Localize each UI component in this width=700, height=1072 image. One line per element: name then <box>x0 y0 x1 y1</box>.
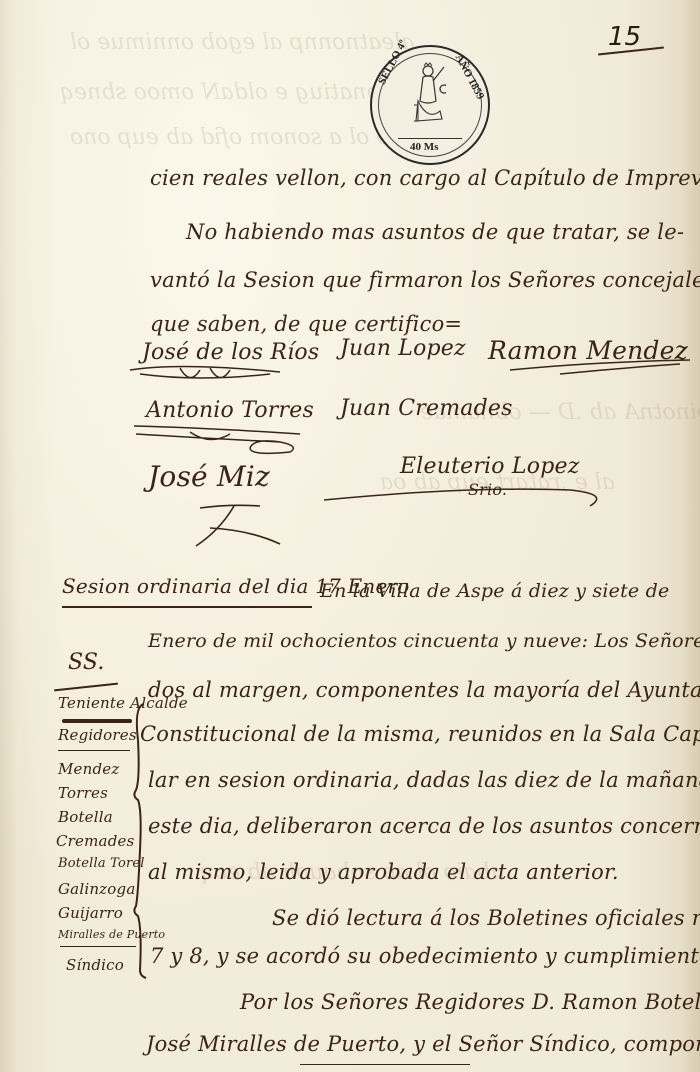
margin-brace <box>130 700 150 980</box>
folio-number: 15 <box>608 22 641 52</box>
body-line: José Miralles de Puerto, y el Señor Sínd… <box>146 1032 700 1056</box>
signature: José Miz <box>148 460 270 493</box>
body-line: 7 y 8, y se acordó su obedecimiento y cu… <box>150 944 700 968</box>
margin-rule <box>62 719 132 723</box>
stamp-value-label: 40 Ms <box>410 141 438 153</box>
margin-item: Teniente Alcalde <box>58 694 188 712</box>
body-line: cien reales vellon, con cargo al Capítul… <box>150 166 700 190</box>
margin-item: Galinzoga <box>58 880 135 898</box>
margin-rule <box>54 683 118 691</box>
manuscript-page: aleatnonnp al egob onnimue ol sbnatiug e… <box>0 0 700 1072</box>
signature-flourish <box>500 352 700 378</box>
margin-item: Botella <box>58 808 113 826</box>
margin-rule <box>60 946 136 947</box>
body-line: que saben, de que certifico= <box>150 312 462 336</box>
body-line: En la Villa de Aspe á diez y siete de <box>320 580 669 602</box>
seated-queen-figure-icon <box>414 61 446 125</box>
margin-item: Guijarro <box>58 904 123 922</box>
margin-heading: SS. <box>68 650 105 675</box>
closing-flourish <box>300 1064 470 1065</box>
body-line: Se dió lectura á los Boletines oficiales… <box>272 906 700 930</box>
body-line: al mismo, leida y aprobada el acta anter… <box>148 860 619 884</box>
body-line: vantó la Sesion que firmaron los Señores… <box>150 268 700 292</box>
stamp-divider <box>398 138 462 139</box>
bleed-through-text: aleatnonnp al egob onnimue ol <box>70 30 414 55</box>
body-line: Constitucional de la misma, reunidos en … <box>140 722 700 746</box>
signature: Juan Cremades <box>340 396 513 421</box>
signature-flourish <box>130 420 310 460</box>
body-line: Enero de mil ochocientos cincuenta y nue… <box>148 630 700 652</box>
margin-item: Regidores <box>58 726 137 744</box>
margin-item: Cremades <box>56 832 134 850</box>
margin-item: Mendez <box>58 760 119 778</box>
bleed-through-text: sbnatiug e oldaN omoo sbneq <box>60 80 392 105</box>
signature-flourish <box>320 470 610 510</box>
body-line: este dia, deliberaron acerca de los asun… <box>148 814 700 838</box>
margin-rule <box>58 750 130 751</box>
margin-item: Torres <box>58 784 108 802</box>
session-heading-underline <box>62 606 312 608</box>
signature-flourish <box>120 360 300 390</box>
body-line: lar en sesion ordinaria, dadas las diez … <box>148 768 700 792</box>
body-line: No habiendo mas asuntos de que tratar, s… <box>186 220 684 244</box>
tax-stamp: SELLO 4º AÑO 1859 40 Ms <box>370 45 490 165</box>
signature-flourish <box>190 500 290 550</box>
margin-item: Síndico <box>66 956 124 974</box>
body-line: dos al margen, componentes la mayoría de… <box>148 678 700 702</box>
body-line: Por los Señores Regidores D. Ramon Botel… <box>240 990 700 1014</box>
signature: Juan Lopez <box>340 336 466 361</box>
